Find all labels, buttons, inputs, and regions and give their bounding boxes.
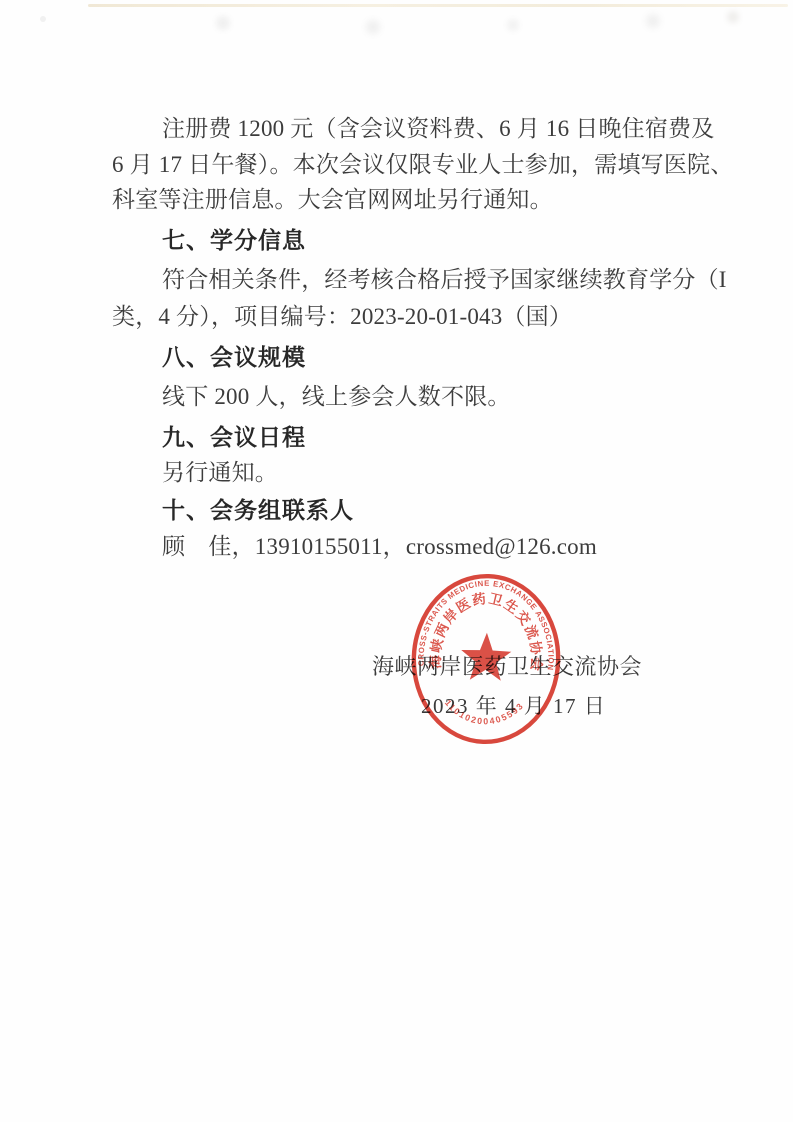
section-heading-meeting-scale: 八、会议规模	[112, 338, 732, 376]
scale-paragraph-line-1: 线下 200 人，线上参会人数不限。	[112, 378, 732, 416]
section-heading-credit-info: 七、学分信息	[112, 221, 732, 259]
scan-noise-smudges	[40, 16, 46, 22]
seal-star-icon	[460, 632, 512, 681]
section-heading-meeting-schedule: 九、会议日程	[112, 418, 732, 456]
seal-serial-number: 11010200405593	[442, 697, 526, 727]
intro-paragraph-line-2: 6 月 17 日午餐）。本次会议仅限专业人士参加，需填写医院、	[112, 146, 682, 184]
intro-paragraph-line-3: 科室等注册信息。大会官网网址另行通知。	[112, 181, 682, 219]
scanned-document-page: 注册费 1200 元（含会议资料费、6 月 16 日晚住宿费及 6 月 17 日…	[0, 0, 793, 1122]
credit-paragraph-line-1: 符合相关条件，经考核合格后授予国家继续教育学分（I	[112, 261, 732, 299]
contact-paragraph-line-1: 顾 佳，13910155011，crossmed@126.com	[112, 528, 732, 566]
scan-top-edge-artifact	[88, 4, 788, 7]
section-heading-contact-person: 十、会务组联系人	[112, 491, 732, 529]
intro-paragraph-line-1: 注册费 1200 元（含会议资料费、6 月 16 日晚住宿费及	[112, 110, 732, 148]
credit-paragraph-line-2: 类，4 分），项目编号：2023-20-01-043（国）	[112, 298, 682, 336]
schedule-paragraph-line-1: 另行通知。	[112, 454, 732, 492]
official-red-seal: CROSS-STRAITS MEDICINE EXCHANGE ASSOCIAT…	[405, 567, 567, 750]
seal-graphic: CROSS-STRAITS MEDICINE EXCHANGE ASSOCIAT…	[405, 567, 567, 750]
svg-text:11010200405593: 11010200405593	[442, 697, 526, 727]
